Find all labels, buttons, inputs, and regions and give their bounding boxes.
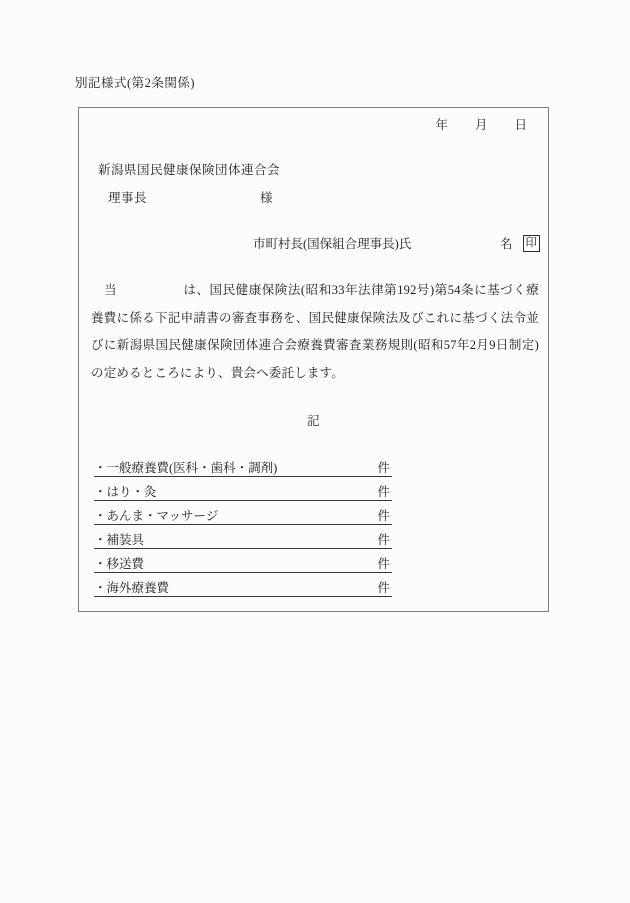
seal-placeholder-box: 印 (523, 235, 541, 252)
signer-line: 市町村長(国保組合理事長)氏 名 印 (253, 234, 540, 252)
item-label: ・一般療養費(医科・歯科・調剤) (94, 460, 277, 476)
item-unit-label: 件 (369, 508, 390, 524)
list-item: ・移送費 件 (94, 554, 392, 573)
recipient-organization: 新潟県国民健康保険団体連合会 (98, 160, 280, 178)
date-line: 年月日 (435, 115, 527, 133)
item-label: ・補装具 (94, 532, 144, 548)
item-unit-label: 件 (369, 556, 390, 572)
date-year-label: 年 (435, 118, 448, 132)
item-label: ・移送費 (94, 556, 144, 572)
list-item: ・補装具 件 (94, 530, 392, 549)
addressee-line: 理事長様 (108, 188, 273, 206)
claim-items-list: ・一般療養費(医科・歯科・調剤) 件 ・はり・灸 件 ・あんま・マッサージ 件 … (94, 458, 392, 602)
item-unit-label: 件 (369, 580, 390, 596)
body-text: は、国民健康保険法(昭和33年法律第192号)第54条に基づく療養費に係る下記申… (91, 283, 539, 380)
list-item: ・あんま・マッサージ 件 (94, 506, 392, 525)
date-month-label: 月 (475, 118, 488, 132)
item-unit-label: 件 (369, 532, 390, 548)
document-page: { "page": { "label": "別記様式(第2条関係)" }, "f… (0, 0, 630, 903)
list-item: ・はり・灸 件 (94, 482, 392, 501)
signer-name-seal: 名 印 (500, 234, 540, 252)
item-unit-label: 件 (369, 484, 390, 500)
form-style-label: 別記様式(第2条関係) (75, 73, 195, 91)
list-item: ・海外療養費 件 (94, 578, 392, 597)
item-label: ・海外療養費 (94, 580, 169, 596)
body-head: 当 (104, 283, 117, 297)
item-label: ・はり・灸 (94, 484, 157, 500)
date-day-label: 日 (514, 118, 527, 132)
addressee-honorific: 様 (260, 191, 273, 205)
addressee-title: 理事長 (108, 191, 147, 205)
body-paragraph: 当は、国民健康保険法(昭和33年法律第192号)第54条に基づく療養費に係る下記… (91, 277, 539, 387)
section-marker-ki: 記 (79, 411, 548, 429)
item-unit-label: 件 (369, 460, 390, 476)
signer-title: 市町村長(国保組合理事長)氏 (253, 234, 411, 252)
form-border-box: 年月日 新潟県国民健康保険団体連合会 理事長様 市町村長(国保組合理事長)氏 名… (78, 107, 549, 612)
list-item: ・一般療養費(医科・歯科・調剤) 件 (94, 458, 392, 477)
item-label: ・あんま・マッサージ (94, 508, 218, 524)
signer-name-label: 名 (500, 234, 513, 252)
